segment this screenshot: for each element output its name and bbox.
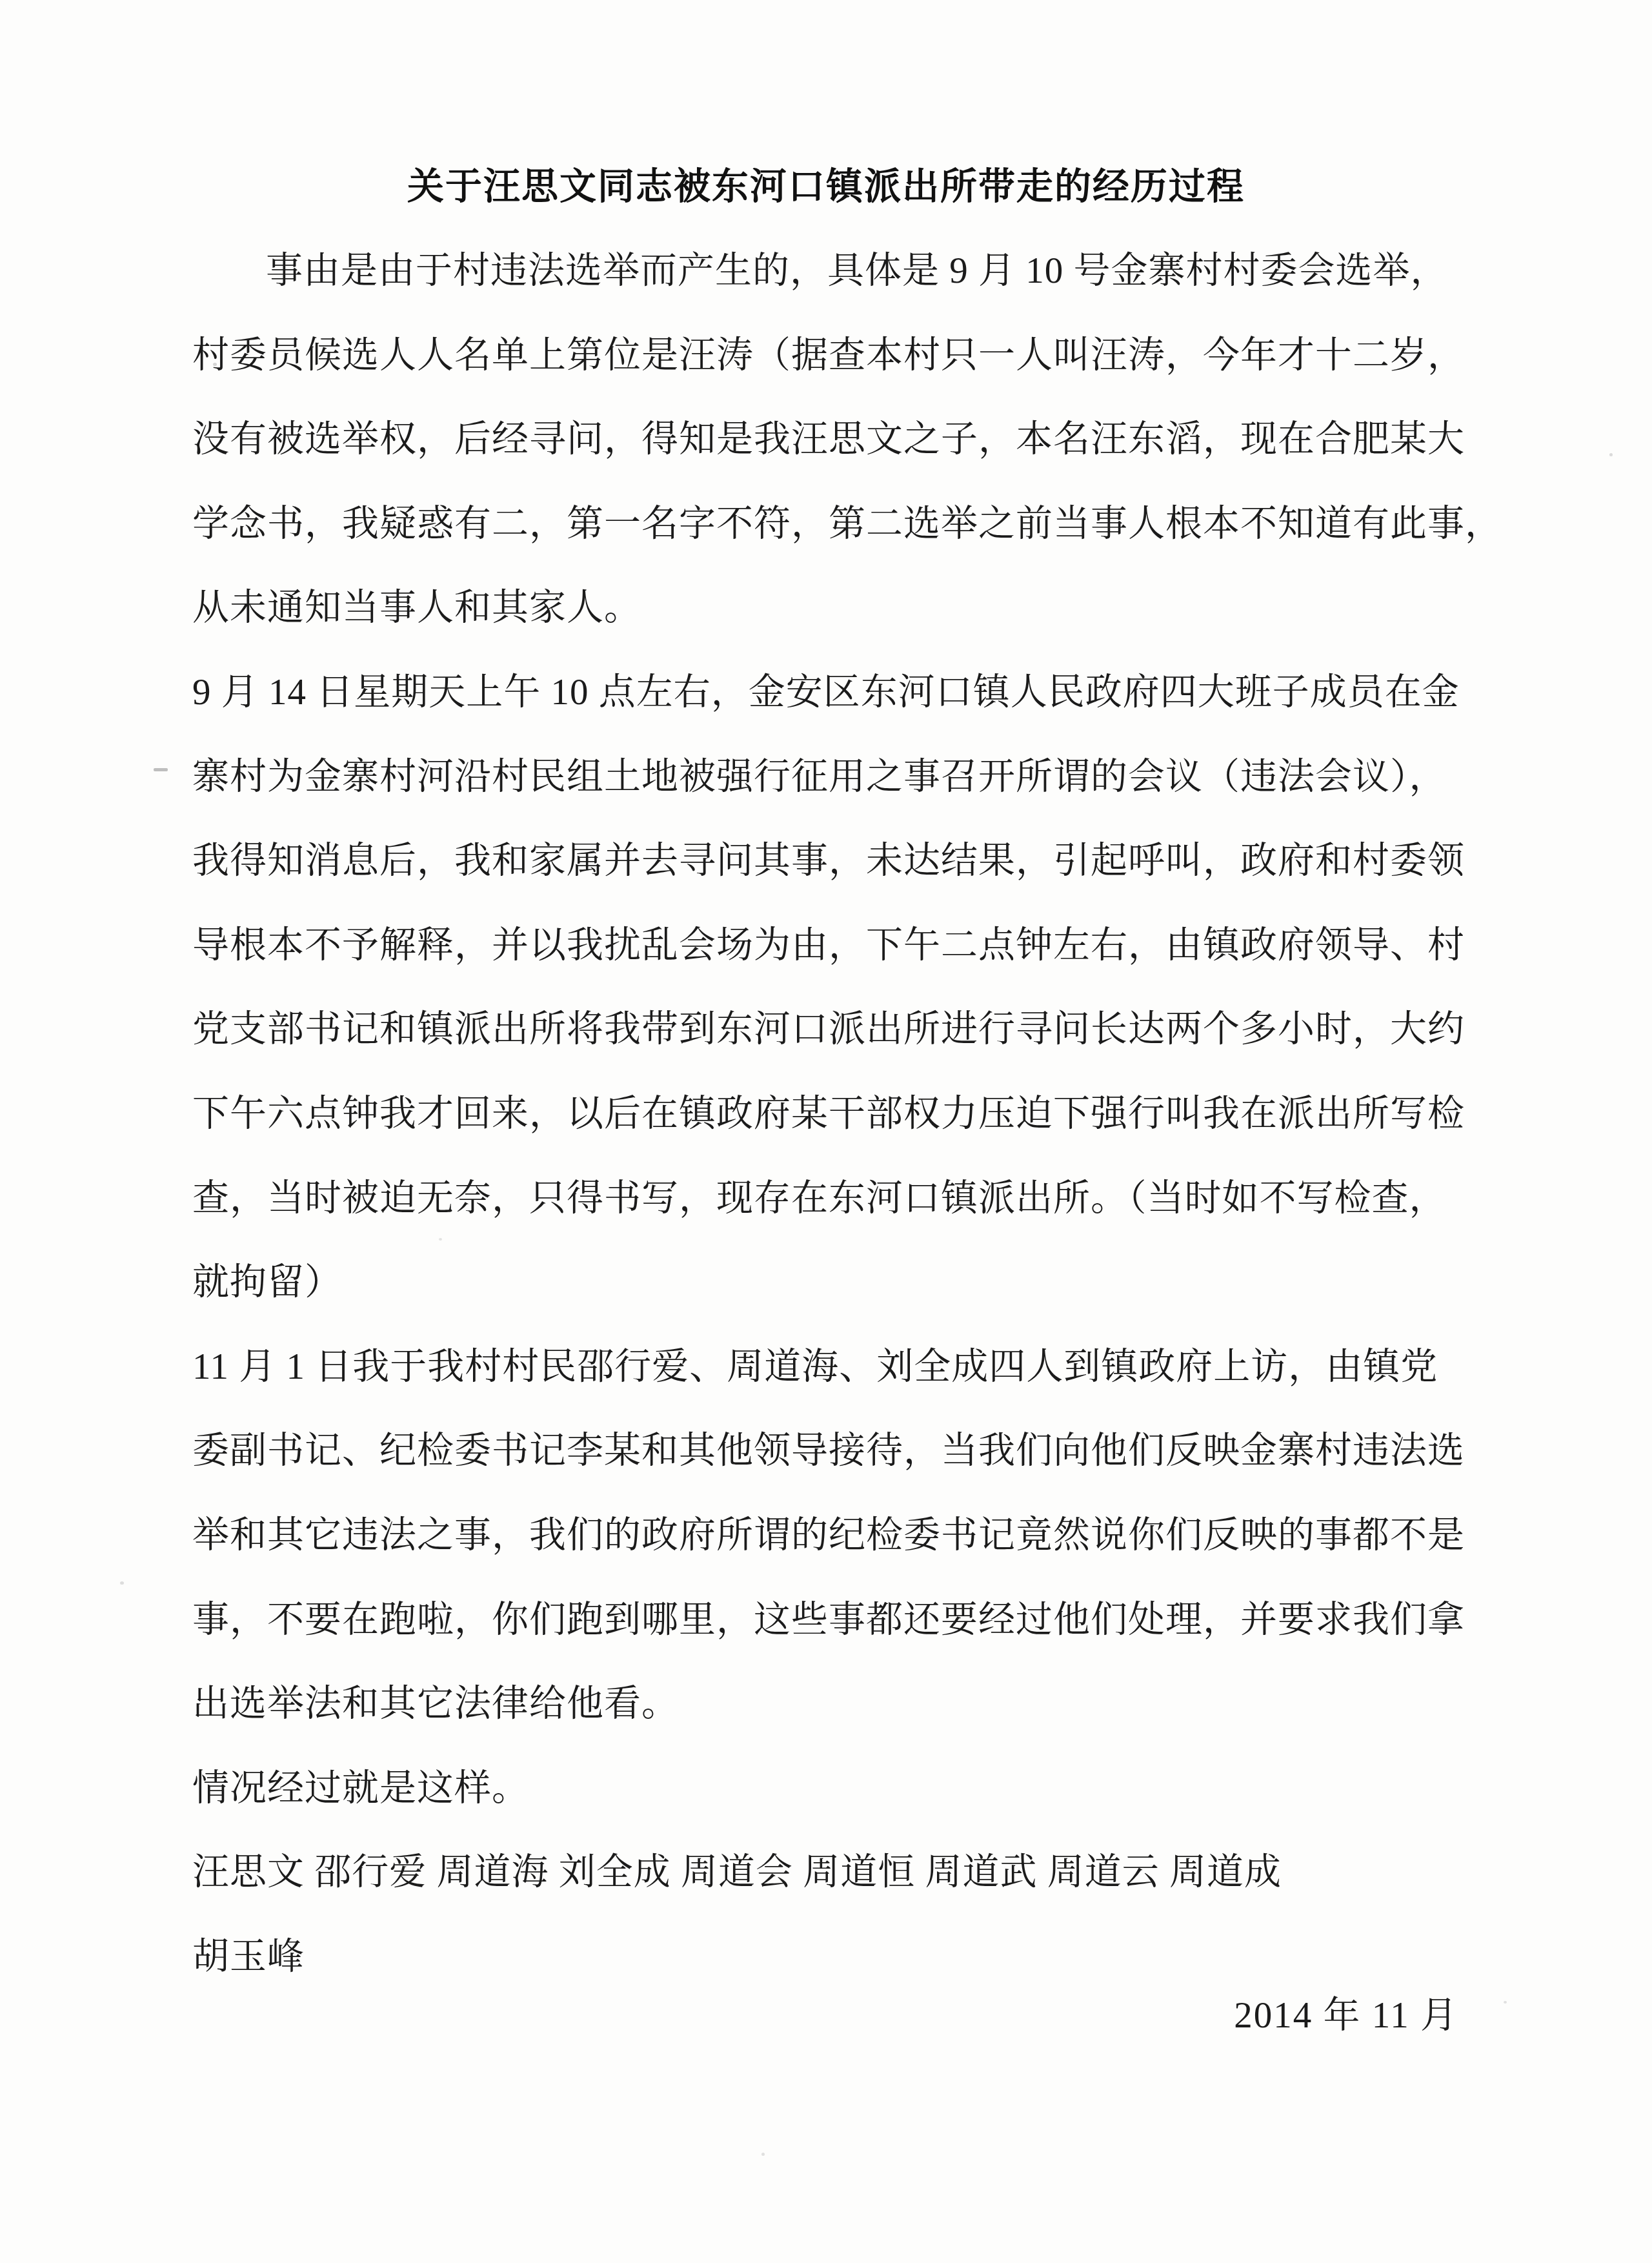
body-line: 查，当时被迫无奈，只得书写，现存在东河口镇派出所。（当时如不写检查， — [192, 1157, 1483, 1241]
scanned-document-page: 关于汪思文同志被东河口镇派出所带走的经历过程 事由是由于村违法选举而产生的，具体… — [0, 0, 1652, 2263]
body-line: 党支部书记和镇派出所将我带到东河口派出所进行寻问长达两个多小时，大约 — [192, 988, 1483, 1072]
scan-artifact-speck — [1504, 2001, 1507, 2004]
document-date: 2014 年 11 月 — [1234, 1974, 1458, 2058]
document-title: 关于汪思文同志被东河口镇派出所带走的经历过程 — [0, 157, 1652, 210]
body-line: 事由是由于村违法选举而产生的，具体是 9 月 10 号金寨村村委会选举， — [192, 229, 1483, 314]
document-body: 事由是由于村违法选举而产生的，具体是 9 月 10 号金寨村村委会选举， 村委员… — [192, 229, 1483, 1999]
scan-artifact-speck — [761, 2153, 765, 2156]
body-line: 事，不要在跑啦，你们跑到哪里，这些事都还要经过他们处理，并要求我们拿 — [192, 1578, 1483, 1663]
body-line: 汪思文 邵行爱 周道海 刘全成 周道会 周道恒 周道武 周道云 周道成 — [192, 1831, 1483, 1915]
body-line: 举和其它违法之事，我们的政府所谓的纪检委书记竟然说你们反映的事都不是 — [192, 1494, 1483, 1578]
body-line: 没有被选举权，后经寻问，得知是我汪思文之子，本名汪东滔，现在合肥某大 — [192, 398, 1483, 482]
body-line: 11 月 1 日我于我村村民邵行爱、周道海、刘全成四人到镇政府上访，由镇党 — [192, 1325, 1483, 1410]
body-line: 9 月 14 日星期天上午 10 点左右，金安区东河口镇人民政府四大班子成员在金 — [192, 651, 1483, 735]
scan-artifact-speck — [120, 1581, 124, 1585]
scan-artifact-speck — [1609, 453, 1613, 456]
body-line: 情况经过就是这样。 — [192, 1747, 1483, 1831]
body-line: 导根本不予解释，并以我扰乱会场为由，下午二点钟左右，由镇政府领导、村 — [192, 904, 1483, 988]
body-line: 我得知消息后，我和家属并去寻问其事，未达结果，引起呼叫，政府和村委领 — [192, 819, 1483, 904]
body-line: 村委员候选人人名单上第位是汪涛（据查本村只一人叫汪涛，今年才十二岁， — [192, 314, 1483, 398]
body-line: 委副书记、纪检委书记李某和其他领导接待，当我们向他们反映金寨村违法选 — [192, 1409, 1483, 1494]
body-line: 就拘留） — [192, 1241, 1483, 1325]
body-line: 从未通知当事人和其家人。 — [192, 566, 1483, 651]
body-line: 学念书，我疑惑有二，第一名字不符，第二选举之前当事人根本不知道有此事， — [192, 482, 1483, 567]
scan-artifact-dash — [154, 768, 168, 771]
body-line: 寨村为金寨村河沿村民组土地被强行征用之事召开所谓的会议（违法会议）， — [192, 735, 1483, 820]
body-line: 出选举法和其它法律给他看。 — [192, 1662, 1483, 1747]
body-line: 下午六点钟我才回来，以后在镇政府某干部权力压迫下强行叫我在派出所写检 — [192, 1072, 1483, 1157]
